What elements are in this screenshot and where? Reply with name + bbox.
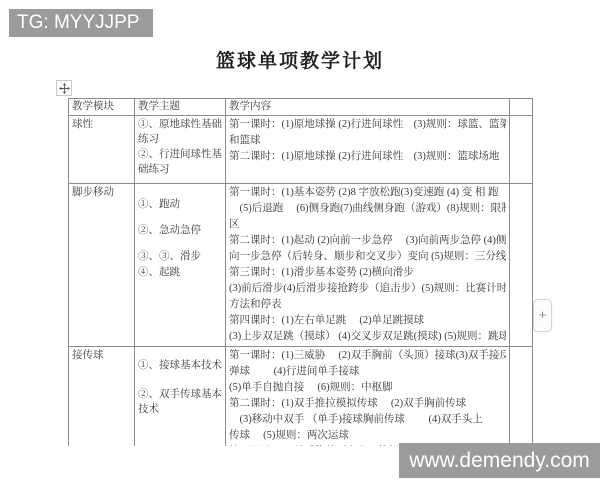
watermark-bottom-right: www.demendy.com xyxy=(399,443,600,478)
content-line: 第一课时：(1)基本姿势 (2)8 字放松跑(3)变速跑 (4) 变 相 跑 xyxy=(229,185,506,201)
theme-cell[interactable]: ①、接球基本技术 ②、双手传球基本技术 xyxy=(135,347,226,447)
table-row: 球性 ①、原地球性基础练习 ②、行进间球性基础练习 第一课时：(1)原地球操 (… xyxy=(69,116,533,184)
content-line: (5)后退跑 (6)侧身跑(7)曲线侧身跑（游戏）(8)规则：限制 xyxy=(229,201,506,217)
theme-item: ②、急动急停 xyxy=(138,223,222,238)
theme-item: ②、双手传球基本技术 xyxy=(138,387,222,417)
content-line: 第二课时：(1)双手推拉模拟传球 (2)双手胸前传球 xyxy=(229,396,506,412)
module-cell[interactable]: 接传球 xyxy=(69,347,135,447)
table-viewport: 教学模块 教学主题 教学内容 球性 ①、原地球性基础练习 ②、行进间球性基础练习… xyxy=(68,98,535,446)
content-line: 方法和停表 xyxy=(229,297,506,313)
content-line: (3)上步双足跳（摸球） (4)交叉步双足跳(摸球) (5)规则：跳球 xyxy=(229,329,506,345)
content-line: 第一课时：(1)原地球操 (2)行进间球性 (3)规则：球篮、篮架 xyxy=(229,117,506,133)
content-cell[interactable]: 第一课时：(1)三威胁 (2)双手胸前（头顶）接球(3)双手接反 弹球 (4)行… xyxy=(226,347,510,447)
theme-item: ①、跑动 xyxy=(138,197,222,212)
empty-cell[interactable] xyxy=(510,184,533,347)
table-plus-button[interactable]: + xyxy=(533,299,552,332)
empty-cell[interactable] xyxy=(510,116,533,184)
table-move-handle[interactable] xyxy=(56,80,72,96)
content-line: 向一步急停（后转身、顺步和交叉步）变向 (5)规则：三分线 xyxy=(229,249,506,265)
content-line: 第二课时：(1)起动 (2)向前一步急停 (3)向前两步急停 (4)侧 xyxy=(229,233,506,249)
empty-cell[interactable] xyxy=(510,347,533,447)
content-line: 第三课时：(1)滑步基本姿势 (2)横向滑步 xyxy=(229,265,506,281)
header-cell-empty[interactable] xyxy=(510,99,533,116)
theme-cell[interactable]: ①、跑动 ②、急动急停 ③、③、滑步 ④、起跳 xyxy=(135,184,226,347)
content-line: 第四课时：(1)左右单足跳 (2)单足跳摸球 xyxy=(229,313,506,329)
watermark-top-left: TG: MYYJJPP xyxy=(9,9,153,37)
header-cell-theme[interactable]: 教学主题 xyxy=(135,99,226,116)
content-line: (3)前后滑步(4)后滑步接抢跨步（追击步）(5)规则：比赛计时 xyxy=(229,281,506,297)
move-cross-icon xyxy=(59,83,70,94)
module-label: 脚步移动 xyxy=(72,185,131,200)
theme-item: ②、行进间球性基础练习 xyxy=(138,147,222,177)
content-line: (3)移动中双手 （单手)接球胸前传球 (4)双手头上 xyxy=(229,412,506,428)
content-line: 区 xyxy=(229,217,506,233)
theme-cell[interactable]: ①、原地球性基础练习 ②、行进间球性基础练习 xyxy=(135,116,226,184)
content-line: 传球 (5)规则：两次运球 xyxy=(229,428,506,444)
module-label: 球性 xyxy=(72,117,131,132)
theme-item: ③、③、滑步 xyxy=(138,249,222,264)
module-cell[interactable]: 脚步移动 xyxy=(69,184,135,347)
content-line: (5)单手自抛自接 (6)规则：中枢脚 xyxy=(229,380,506,396)
header-cell-module[interactable]: 教学模块 xyxy=(69,99,135,116)
page-title: 篮球单项教学计划 xyxy=(0,46,600,73)
theme-item: ④、起跳 xyxy=(138,265,222,280)
table-row: 脚步移动 ①、跑动 ②、急动急停 ③、③、滑步 ④、起跳 第一课时：(1)基本姿… xyxy=(69,184,533,347)
theme-item: ①、原地球性基础练习 xyxy=(138,117,222,147)
table-header-row: 教学模块 教学主题 教学内容 xyxy=(69,99,533,116)
module-cell[interactable]: 球性 xyxy=(69,116,135,184)
teaching-plan-table: 教学模块 教学主题 教学内容 球性 ①、原地球性基础练习 ②、行进间球性基础练习… xyxy=(68,98,533,446)
content-cell[interactable]: 第一课时：(1)原地球操 (2)行进间球性 (3)规则：球篮、篮架 和篮球 第二… xyxy=(226,116,510,184)
content-line: 弹球 (4)行进间单手接球 xyxy=(229,364,506,380)
module-label: 接传球 xyxy=(72,348,131,363)
content-line: 和篮球 xyxy=(229,133,506,149)
content-line: 第二课时：(1)原地球操 (2)行进间球性 (3)规则：篮球场地 xyxy=(229,149,506,165)
table-row: 接传球 ①、接球基本技术 ②、双手传球基本技术 第一课时：(1)三威胁 (2)双… xyxy=(69,347,533,447)
document-page: { "badges": { "top_left": "TG: MYYJJPP",… xyxy=(0,0,600,480)
content-line: 第一课时：(1)三威胁 (2)双手胸前（头顶）接球(3)双手接反 xyxy=(229,348,506,364)
header-cell-content[interactable]: 教学内容 xyxy=(226,99,510,116)
content-cell[interactable]: 第一课时：(1)基本姿势 (2)8 字放松跑(3)变速跑 (4) 变 相 跑 (… xyxy=(226,184,510,347)
theme-item: ①、接球基本技术 xyxy=(138,358,222,373)
